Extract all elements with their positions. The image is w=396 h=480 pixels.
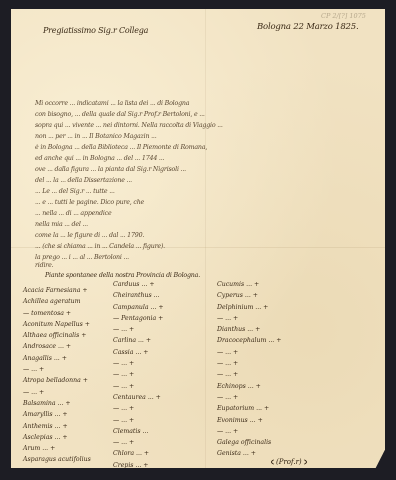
plant-list-column-1: Acacia Farnesiana + Achillea ageratum — …	[23, 285, 91, 477]
list-item: Carduus ... +	[113, 279, 164, 290]
list-item: Centaurea ... +	[113, 392, 164, 403]
list-item: Genista ... +	[217, 448, 281, 459]
list-item: Carlina ... +	[113, 335, 164, 346]
list-item: — ... +	[113, 381, 164, 392]
list-item: — ... +	[23, 364, 91, 375]
list-item: Amaryllis ... +	[23, 409, 91, 420]
list-item: Acacia Farnesiana +	[23, 285, 91, 296]
list-item: Atropa belladonna +	[23, 375, 91, 386]
body-line: non ... per ... in ... Il Botanico Magaz…	[35, 133, 157, 140]
list-item: — ... +	[217, 369, 281, 380]
list-item: — ... +	[113, 415, 164, 426]
body-line: ... (che si chiama ... in ... Candela ..…	[35, 243, 165, 250]
list-item: Crepis ... +	[113, 460, 164, 471]
salutation: Pregiatissimo Sig.r Collega	[43, 26, 148, 35]
body-line: come la ... le figure di ... dal ... 179…	[35, 232, 144, 239]
archive-reference: CP 2/[?] 1075	[321, 12, 366, 20]
list-item: Artemisia ... +	[23, 466, 91, 477]
list-item: Evonimus ... +	[217, 415, 281, 426]
list-item: Aconitum Napellus +	[23, 319, 91, 330]
plant-list-column-3: Cucumis ... + Cyperus ... + Delphinium .…	[217, 279, 281, 460]
list-item: — ... +	[113, 324, 164, 335]
list-item: — ... +	[113, 358, 164, 369]
plant-list-title: Piante spontanee della nostra Provincia …	[45, 272, 200, 279]
list-item: Asclepias ... +	[23, 432, 91, 443]
list-item: Dianthus ... +	[217, 324, 281, 335]
list-item: Eupatorium ... +	[217, 403, 281, 414]
list-item: — Pentagonia +	[113, 313, 164, 324]
body-line: sopra qui ... vivente ... nei dintorni. …	[35, 122, 223, 129]
list-item: Althaea officinalis +	[23, 330, 91, 341]
body-line: del ... la ... della Dissertazione ...	[35, 177, 132, 184]
list-item: Asparagus acutifolius	[23, 454, 91, 465]
body-line: ... nella ... di ... appendice	[35, 210, 112, 217]
body-line: ove ... dalla figura ... la pianta dal S…	[35, 166, 186, 173]
list-item: — ... +	[217, 358, 281, 369]
body-line: ridire.	[35, 262, 53, 269]
list-item: Dracocephalum ... +	[217, 335, 281, 346]
list-item: Echinops ... +	[217, 381, 281, 392]
dateline: Bologna 22 Marzo 1825.	[257, 22, 358, 32]
body-line: la prego ... i ... al ... Bertoloni ...	[35, 254, 129, 261]
list-item: Cheiranthus ...	[113, 290, 164, 301]
list-item: — ... +	[217, 392, 281, 403]
list-item: Delphinium ... +	[217, 302, 281, 313]
signature-mark: (Prof.r)	[271, 457, 307, 467]
letter-page: CP 2/[?] 1075 Pregiatissimo Sig.r Colleg…	[11, 9, 385, 468]
list-item: Cyperus ... +	[217, 290, 281, 301]
body-line: ... e ... tutti le pagine. Dico pure, ch…	[35, 199, 144, 206]
body-line: ed anche qui ... in Bologna ... del ... …	[35, 155, 164, 162]
body-line: con bisogno, ... della quale dal Sig.r P…	[35, 111, 205, 118]
list-item: Chlora ... +	[113, 448, 164, 459]
list-item: Galega officinalis	[217, 437, 281, 448]
list-item: Campanula ... +	[113, 302, 164, 313]
list-item: Clematis ...	[113, 426, 164, 437]
list-item: — ... +	[217, 347, 281, 358]
body-line: ... Le ... del Sig.r ... tutte ...	[35, 188, 115, 195]
list-item: Arum ... +	[23, 443, 91, 454]
list-item: — ... +	[217, 426, 281, 437]
body-line: Mi occorre ... indicatami ... la lista d…	[35, 100, 189, 107]
list-item: — ... +	[113, 403, 164, 414]
list-item: — tomentosa +	[23, 308, 91, 319]
list-item: Cassia ... +	[113, 347, 164, 358]
list-item: Balsamina ... +	[23, 398, 91, 409]
body-line: è in Bologna ... della Biblioteca ... Il…	[35, 144, 207, 151]
paper-fold-vertical	[205, 9, 206, 468]
list-item: — ... +	[113, 437, 164, 448]
plant-list-column-2: Carduus ... + Cheiranthus ... Campanula …	[113, 279, 164, 471]
list-item: — ... +	[217, 313, 281, 324]
list-item: Achillea ageratum	[23, 296, 91, 307]
list-item: Cucumis ... +	[217, 279, 281, 290]
list-item: — ... +	[113, 369, 164, 380]
list-item: Androsace ... +	[23, 341, 91, 352]
list-item: — ... +	[23, 387, 91, 398]
list-item: Anagallis ... +	[23, 353, 91, 364]
list-item: Anthemis ... +	[23, 421, 91, 432]
body-line: nella mia ... del ...	[35, 221, 88, 228]
